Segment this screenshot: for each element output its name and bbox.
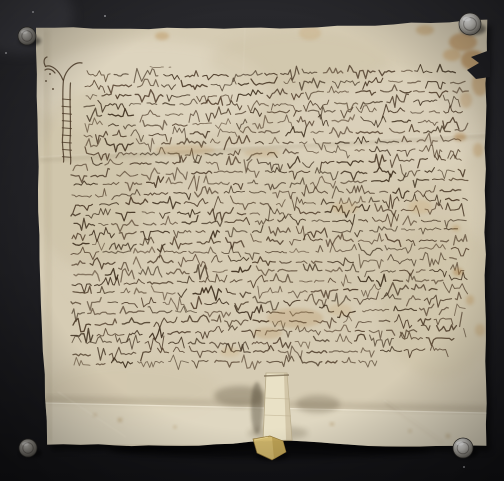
photo-canvas bbox=[0, 0, 504, 481]
photo-vignette bbox=[0, 0, 504, 481]
manuscript-photo: Photograph of a handwritten medieval par… bbox=[0, 0, 504, 481]
